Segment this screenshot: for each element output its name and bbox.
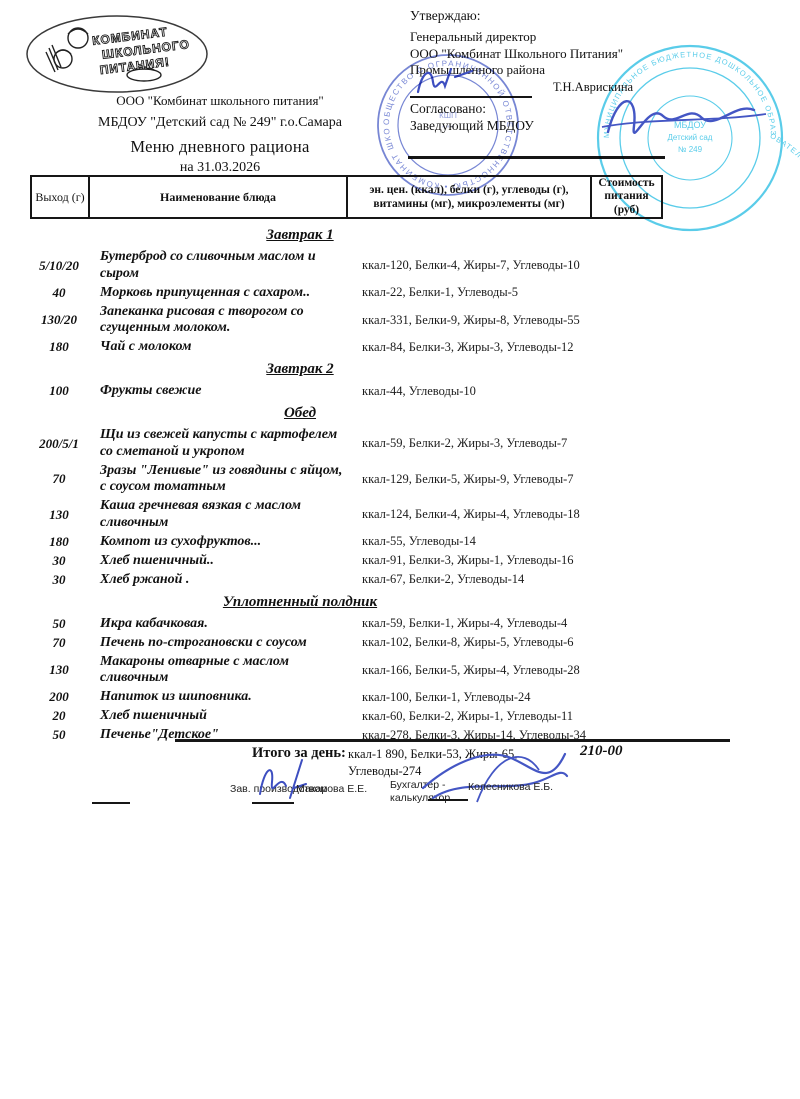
weight-cell: 5/10/20 [30,258,88,274]
weight-cell: 30 [30,553,88,569]
accountant-name: Колесникова Е.Б. [468,781,553,793]
director-signature [412,64,484,98]
cyan-stamp-center-2: Детский сад [668,133,713,142]
director-name: Т.Н.Аврискина [553,80,633,95]
dish-cell: Морковь припущенная с сахаром.. [100,285,352,302]
nutrition-cell: ккал-120, Белки-4, Жиры-7, Углеводы-10 [362,258,632,273]
weight-cell: 50 [30,727,88,743]
nutrition-cell: ккал-22, Белки-1, Углеводы-5 [362,285,632,300]
menu-row: 180Чай с молокомккал-84, Белки-3, Жиры-3… [30,338,640,357]
weight-cell: 40 [30,285,88,301]
nutrition-cell: ккал-59, Белки-2, Жиры-3, Углеводы-7 [362,436,632,451]
section-title: Завтрак 1 [30,225,570,245]
agreed-role: Заведующий МБДОУ [410,118,534,134]
dish-cell: Хлеб ржаной . [100,572,352,589]
menu-row: 130Макароны отварные с маслом сливочнымк… [30,653,640,689]
approve-label: Утверждаю: [410,8,481,24]
weight-cell: 100 [30,383,88,399]
dish-cell: Икра кабачковая. [100,616,352,633]
section-title: Уплотненный полдник [30,592,570,612]
col-header-cost: Стоимость питания (руб) [592,177,661,217]
org-name: ООО "Комбинат школьного питания" [60,93,380,109]
weight-cell: 20 [30,708,88,724]
accountant-signature [415,740,573,806]
school-food-combine-logo: КОМБИНАТ ШКОЛЬНОГО ПИТАНИЯ! [22,12,212,96]
dish-cell: Фрукты свежие [100,383,352,400]
col-header-dish: Наименование блюда [90,177,348,217]
section-title: Завтрак 2 [30,359,570,379]
dish-cell: Печень по-строгановски с соусом [100,635,352,652]
dish-cell: Макароны отварные с маслом сливочным [100,654,352,687]
menu-row: 70Зразы "Ленивые" из говядины с яйцом, с… [30,462,640,498]
menu-row: 30Хлеб пшеничный..ккал-91, Белки-3, Жиры… [30,552,640,571]
cyan-stamp-center-3: № 249 [678,145,703,154]
nutrition-cell: ккал-55, Углеводы-14 [362,534,632,549]
nutrition-cell: ккал-67, Белки-2, Углеводы-14 [362,572,632,587]
col-header-weight: Выход (г) [32,177,90,217]
menu-row: 200Напиток из шиповника.ккал-100, Белки-… [30,688,640,707]
weight-cell: 130 [30,662,88,678]
dish-cell: Чай с молоком [100,339,352,356]
cyan-round-stamp: МУНИЦИПАЛЬНОЕ БЮДЖЕТНОЕ ДОШКОЛЬНОЕ ОБРАЗ… [598,46,800,250]
menu-row: 200/5/1Щи из свежей капусты с картофелем… [30,426,640,462]
production-signature-line [252,802,294,804]
nutrition-cell: ккал-102, Белки-8, Жиры-5, Углеводы-6 [362,635,632,650]
dish-cell: Щи из свежей капусты с картофелем со сме… [100,427,352,460]
dish-cell: Напиток из шиповника. [100,689,352,706]
director-signature-line [410,96,532,98]
production-manager-name: Макарова Е.Е. [296,783,367,795]
dish-cell: Запеканка рисовая с творогом со сгущенны… [100,304,352,337]
menu-row: 5/10/20Бутерброд со сливочным маслом и с… [30,248,640,284]
nutrition-cell: ккал-166, Белки-5, Жиры-4, Углеводы-28 [362,663,632,678]
menu-row: 40Морковь припущенная с сахаром..ккал-22… [30,284,640,303]
weight-cell: 70 [30,471,88,487]
weight-cell: 130/20 [30,312,88,328]
menu-table-header: Выход (г) Наименование блюда эн. цен. (к… [30,175,663,219]
col-header-nutrition: эн. цен. (ккал), белки (г), углеводы (г)… [348,177,592,217]
agreed-label: Согласовано: [410,101,486,117]
weight-cell: 130 [30,507,88,523]
head-signature [602,101,766,133]
menu-row: 50Икра кабачковая.ккал-59, Белки-1, Жиры… [30,615,640,634]
dish-cell: Хлеб пшеничный.. [100,553,352,570]
weight-cell: 200/5/1 [30,436,88,452]
dish-cell: Хлеб пшеничный [100,708,352,725]
scanned-menu-document: { "document": { "org_line1": "ООО \"Комб… [0,0,800,1099]
bottom-left-line [92,802,130,804]
dish-cell: Компот из сухофруктов... [100,534,352,551]
nutrition-cell: ккал-44, Углеводы-10 [362,384,632,399]
weight-cell: 180 [30,339,88,355]
weight-cell: 70 [30,635,88,651]
section-title: Обед [30,403,570,423]
menu-row: 20Хлеб пшеничныйккал-60, Белки-2, Жиры-1… [30,707,640,726]
menu-row: 30Хлеб ржаной .ккал-67, Белки-2, Углевод… [30,571,640,590]
logo-wordmark: КОМБИНАТ ШКОЛЬНОГО ПИТАНИЯ! [91,22,192,77]
nutrition-cell: ккал-84, Белки-3, Жиры-3, Углеводы-12 [362,340,632,355]
nutrition-cell: ккал-124, Белки-4, Жиры-4, Углеводы-18 [362,507,632,522]
weight-cell: 50 [30,616,88,632]
head-signature-line [408,156,665,159]
nutrition-cell: ккал-60, Белки-2, Жиры-1, Углеводы-11 [362,709,632,724]
menu-row: 100Фрукты свежиеккал-44, Углеводы-10 [30,382,640,401]
menu-row: 70Печень по-строгановски с соусомккал-10… [30,634,640,653]
document-header: ООО "Комбинат школьного питания" МБДОУ "… [60,93,380,177]
nutrition-cell: ккал-59, Белки-1, Жиры-4, Углеводы-4 [362,616,632,631]
nutrition-cell: ккал-91, Белки-3, Жиры-1, Углеводы-16 [362,553,632,568]
menu-body: Завтрак 15/10/20Бутерброд со сливочным м… [30,223,640,745]
weight-cell: 200 [30,689,88,705]
kindergarten-name: МБДОУ "Детский сад № 249" г.о.Самара [60,114,380,132]
total-cost: 210-00 [580,743,623,760]
menu-row: 130/20Запеканка рисовая с творогом со сг… [30,303,640,339]
weight-cell: 180 [30,534,88,550]
nutrition-cell: ккал-331, Белки-9, Жиры-8, Углеводы-55 [362,313,632,328]
dish-cell: Каша гречневая вязкая с маслом сливочным [100,498,352,531]
dish-cell: Бутерброд со сливочным маслом и сыром [100,249,352,282]
dish-cell: Зразы "Ленивые" из говядины с яйцом, с с… [100,463,352,496]
accountant-signature-line [428,799,468,801]
cyan-stamp-center-1: МБДОУ [674,120,706,130]
nutrition-cell: ккал-129, Белки-5, Жиры-9, Углеводы-7 [362,472,632,487]
weight-cell: 30 [30,572,88,588]
page-title: Меню дневного рациона [60,137,380,158]
nutrition-cell: ккал-100, Белки-1, Углеводы-24 [362,690,632,705]
production-manager-signature [250,754,312,804]
menu-row: 180Компот из сухофруктов...ккал-55, Угле… [30,533,640,552]
menu-row: 130Каша гречневая вязкая с маслом сливоч… [30,497,640,533]
